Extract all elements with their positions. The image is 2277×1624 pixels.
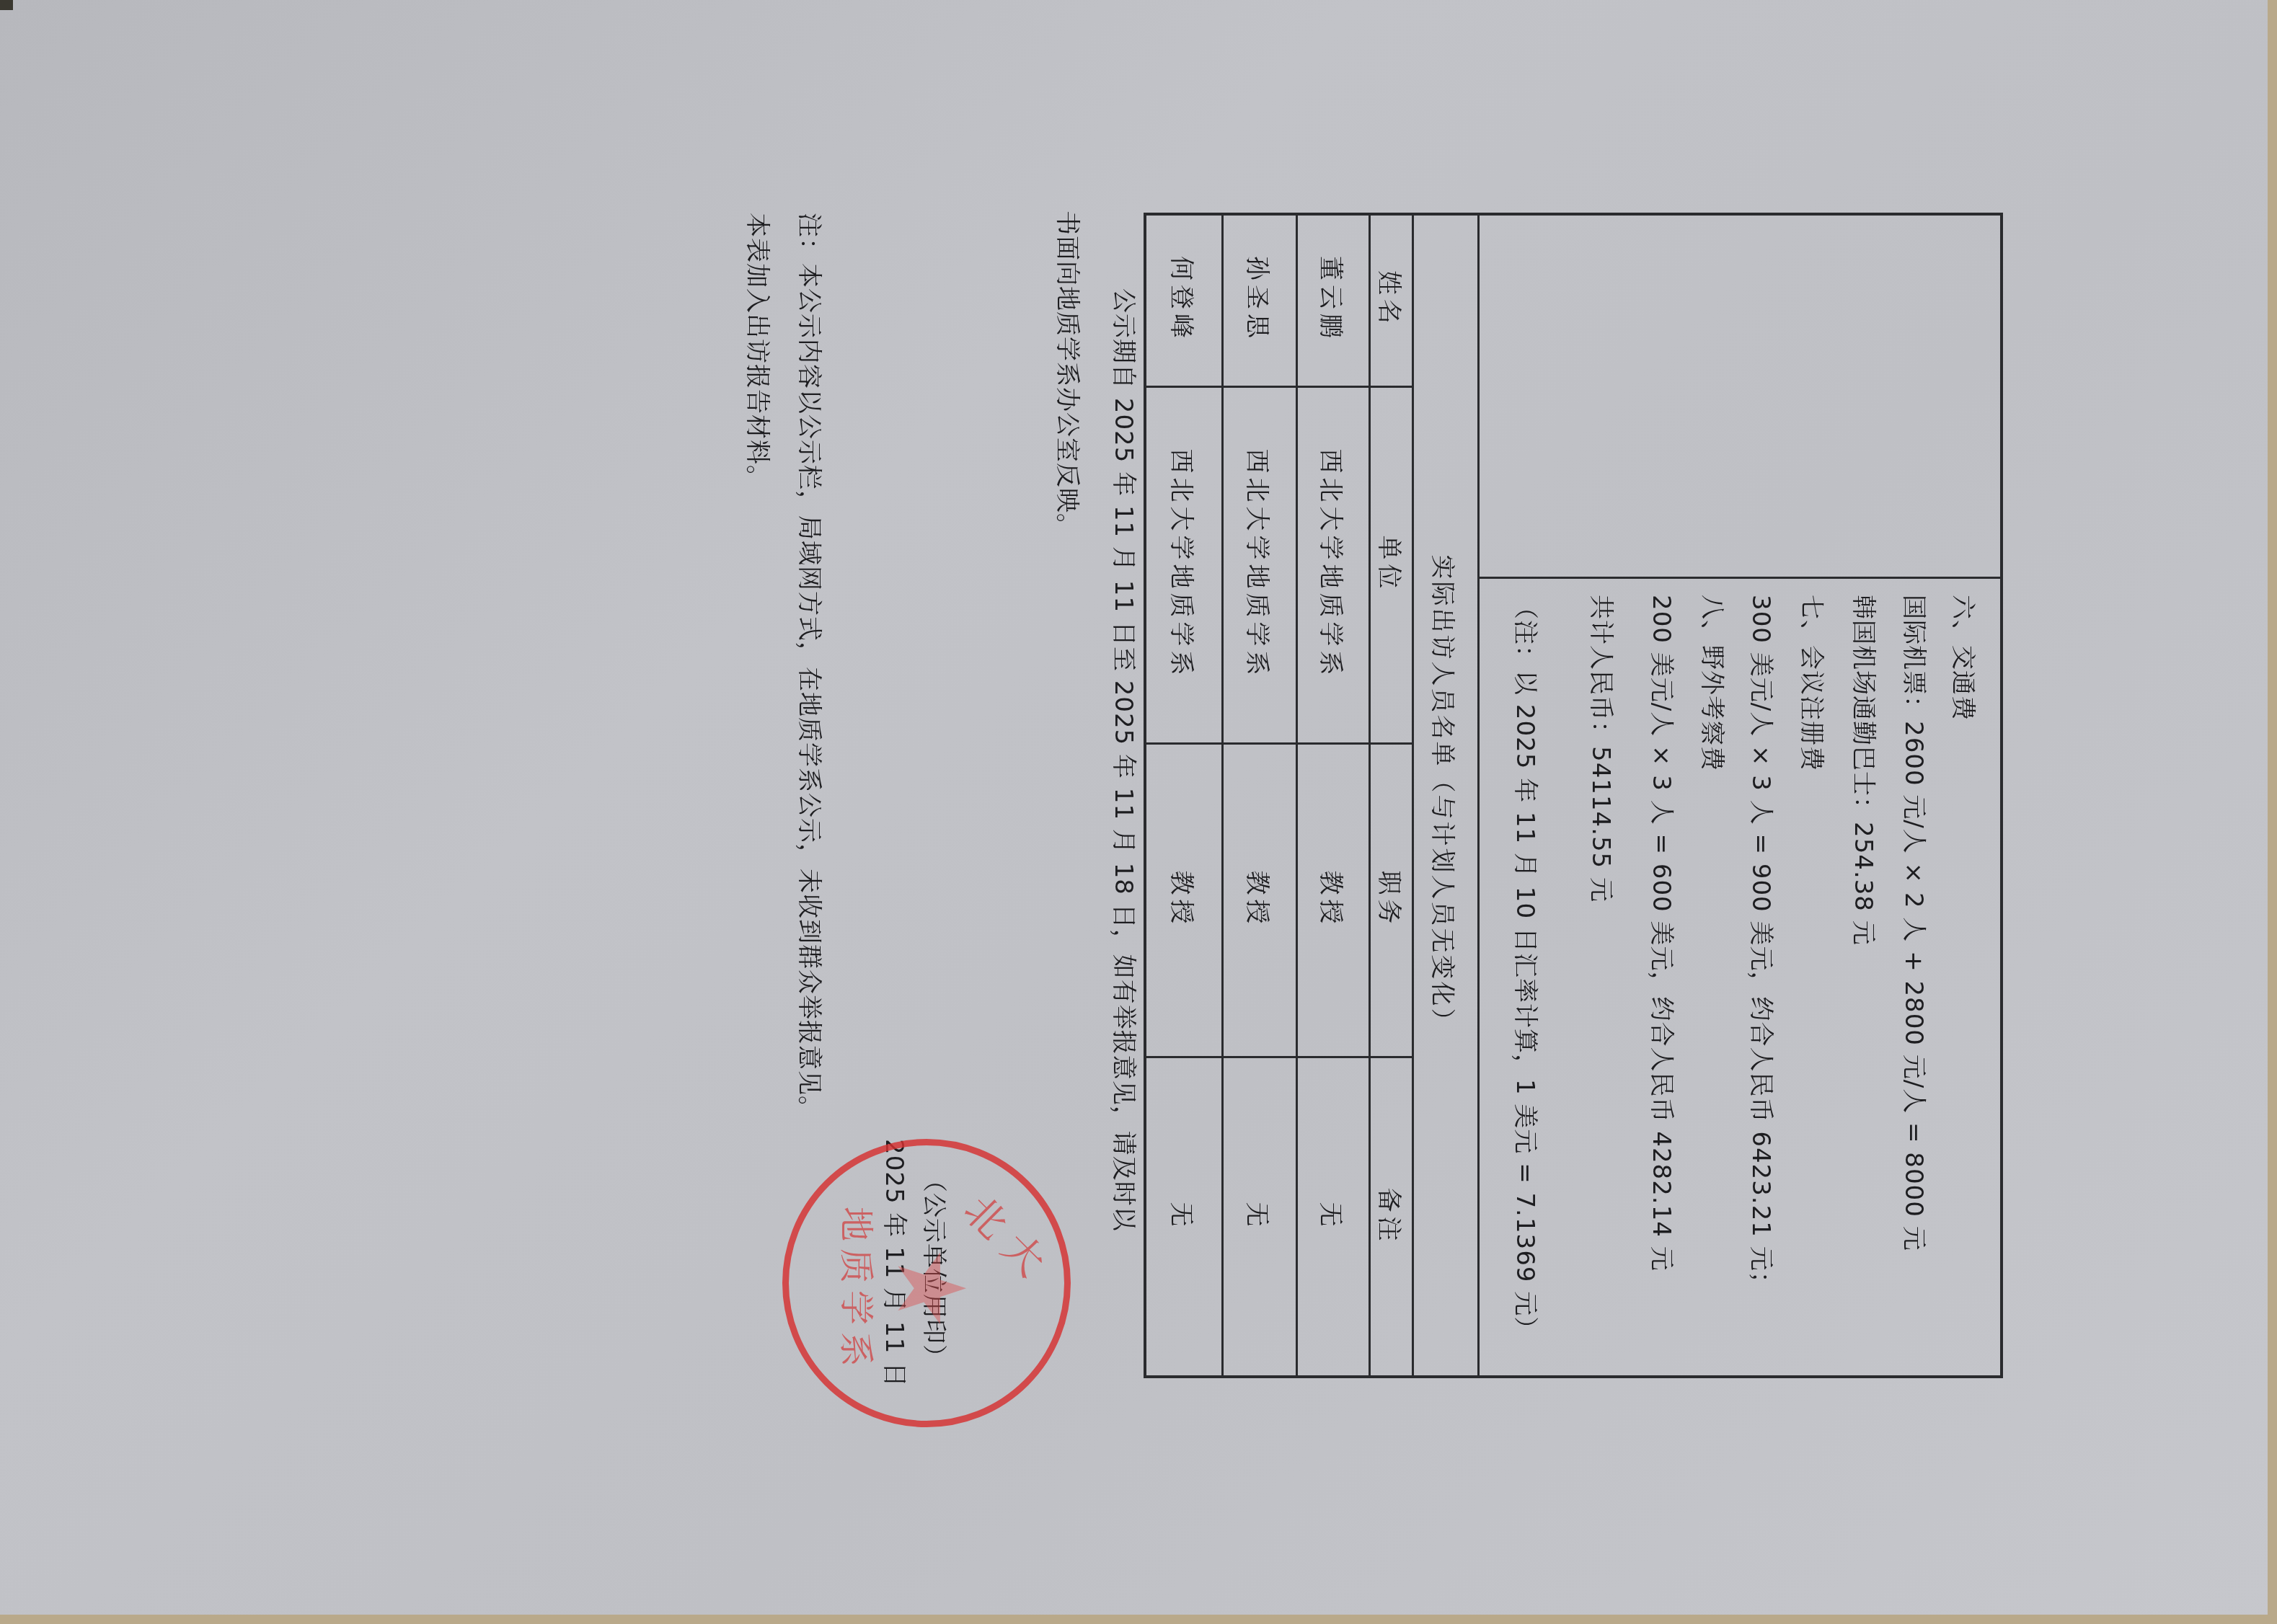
expense-cell-divider xyxy=(1478,577,2003,579)
header-unit: 单位 xyxy=(1370,386,1413,742)
table-border-top xyxy=(2000,213,2003,1377)
exchange-rate-note: （注：以 2025 年 11 月 10 日汇率计算，1 美元 = 7.1369 … xyxy=(1511,595,1539,1341)
expense-line: 200 美元/人 × 3 人 = 600 美元，约合人民币 4282.14 元 xyxy=(1647,595,1676,1272)
roster-title: 实际出访人员名单（与计划人员无变化） xyxy=(1412,213,1477,1377)
expense-line: 八、野外考察费 xyxy=(1697,595,1726,771)
cell-unit: 西北大学地质学系 xyxy=(1146,386,1222,742)
footnote-line-2: 本表加入出访报告材料。 xyxy=(743,213,771,490)
notice-line-1: 公示期自 2025 年 11 月 11 日至 2025 年 11 月 18 日，… xyxy=(1109,288,1138,1232)
background-corner xyxy=(0,0,13,10)
header-remarks: 备注 xyxy=(1370,1056,1413,1377)
footnote-line-1: 注：本公示内容以公示栏，局域网方式，在地质学系公示，未收到群众举报意见。 xyxy=(795,213,823,1121)
public-notice-document: 六、交通费 国际机票：2600 元/人 × 2 人 + 2800 元/人 = 8… xyxy=(642,202,2012,1413)
expense-line: 七、会议注册费 xyxy=(1797,595,1826,771)
cell-name: 孙圣思 xyxy=(1223,213,1296,386)
header-name: 姓名 xyxy=(1370,213,1413,386)
header-position: 职务 xyxy=(1370,742,1413,1056)
seal-text-inner: 地质学系 xyxy=(834,1207,884,1374)
official-seal: 北 大 ★ 地质学系 xyxy=(782,1139,1071,1427)
cell-unit: 西北大学地质学系 xyxy=(1223,386,1296,742)
expense-line: 韩国机场通勤巴士：254.38 元 xyxy=(1849,595,1878,946)
cell-unit: 西北大学地质学系 xyxy=(1297,386,1369,742)
cell-position: 教授 xyxy=(1146,742,1222,1056)
expense-line: 国际机票：2600 元/人 × 2 人 + 2800 元/人 = 8000 元 xyxy=(1899,595,1928,1251)
cell-remarks: 无 xyxy=(1223,1056,1296,1377)
cell-name: 何登峰 xyxy=(1146,213,1222,386)
expense-line: 300 美元/人 × 3 人 = 900 美元，约合人民币 6423.21 元； xyxy=(1746,595,1775,1297)
cell-remarks: 无 xyxy=(1297,1056,1369,1377)
cell-name: 董云鹏 xyxy=(1297,213,1369,386)
expense-total: 共计人民币：54114.55 元 xyxy=(1586,595,1615,902)
cell-remarks: 无 xyxy=(1146,1056,1222,1377)
notice-line-2: 书面向地质学系办公室反映。 xyxy=(1053,210,1082,538)
cell-position: 教授 xyxy=(1297,742,1369,1056)
star-icon: ★ xyxy=(884,1246,978,1331)
expense-line: 六、交通费 xyxy=(1948,595,1977,721)
cell-position: 教授 xyxy=(1223,742,1296,1056)
expense-row-bottom xyxy=(1477,213,1480,1377)
